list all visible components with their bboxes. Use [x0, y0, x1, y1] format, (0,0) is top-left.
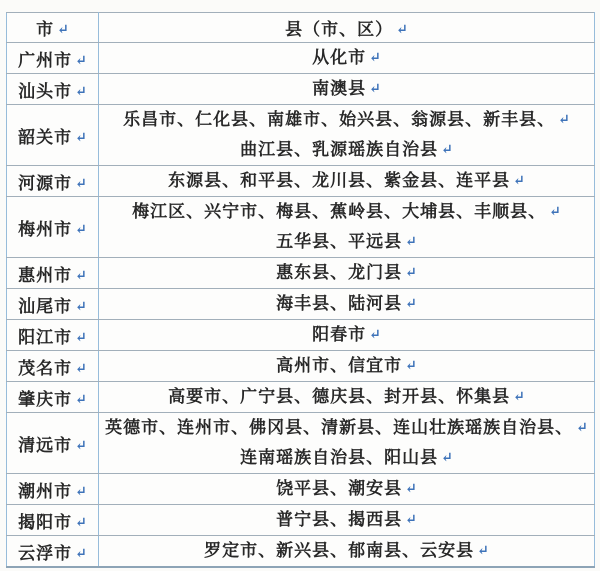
- counties-cell: 饶平县、潮安县↵: [99, 474, 595, 505]
- city-name: 茂名市: [18, 359, 72, 378]
- table-row: 潮州市↵饶平县、潮安县↵: [7, 474, 595, 505]
- table-row: 清远市↵英德市、连州市、佛冈县、清新县、连山壮族瑶族自治县、↵连南瑶族自治县、阳…: [7, 413, 595, 474]
- counties-text: 高州市、信宜市: [276, 356, 402, 375]
- paragraph-return-icon: ↵: [405, 359, 417, 374]
- counties-text: 普宁县、揭西县: [276, 510, 402, 529]
- counties-text: 罗定市、新兴县、郁南县、云安县: [204, 541, 474, 560]
- counties-cell: 惠东县、龙门县↵: [99, 258, 595, 289]
- paragraph-return-icon: ↵: [75, 177, 87, 192]
- city-name: 肇庆市: [18, 390, 72, 409]
- paragraph-return-icon: ↵: [405, 513, 417, 528]
- counties-text: 从化市: [312, 48, 366, 67]
- city-name: 河源市: [18, 174, 72, 193]
- counties-text: 梅江区、兴宁市、梅县、蕉岭县、大埔县、丰顺县、: [132, 202, 546, 221]
- city-cell: 梅州市↵: [7, 197, 99, 258]
- table-header-row: 市↵ 县（市、区）↵: [7, 13, 595, 43]
- paragraph-return-icon: ↵: [441, 143, 453, 158]
- city-name: 云浮市: [18, 544, 72, 563]
- table-body: 广州市↵从化市↵汕头市↵南澳县↵韶关市↵乐昌市、仁化县、南雄市、始兴县、翁源县、…: [7, 43, 595, 568]
- counties-cell: 从化市↵: [99, 43, 595, 74]
- paragraph-return-icon: ↵: [369, 51, 381, 66]
- city-name: 清远市: [18, 436, 72, 455]
- paragraph-return-icon: ↵: [75, 362, 87, 377]
- paragraph-return-icon: ↵: [576, 421, 588, 436]
- paragraph-return-icon: ↵: [369, 328, 381, 343]
- counties-text: 海丰县、陆河县: [276, 294, 402, 313]
- paragraph-return-icon: ↵: [75, 331, 87, 346]
- paragraph-return-icon: ↵: [549, 205, 561, 220]
- table-row: 阳江市↵阳春市↵: [7, 320, 595, 351]
- paragraph-return-icon: ↵: [75, 300, 87, 315]
- counties-text: 阳春市: [312, 325, 366, 344]
- city-cell: 清远市↵: [7, 413, 99, 474]
- counties-text: 南澳县: [312, 79, 366, 98]
- header-counties-label: 县（市、区）: [285, 20, 393, 39]
- city-name: 揭阳市: [18, 513, 72, 532]
- header-cell-city: 市↵: [7, 13, 99, 43]
- counties-text: 高要市、广宁县、德庆县、封开县、怀集县: [168, 387, 510, 406]
- city-county-table: 市↵ 县（市、区）↵ 广州市↵从化市↵汕头市↵南澳县↵韶关市↵乐昌市、仁化县、南…: [6, 12, 595, 568]
- counties-line: 饶平县、潮安县↵: [101, 474, 592, 504]
- counties-cell: 梅江区、兴宁市、梅县、蕉岭县、大埔县、丰顺县、↵五华县、平远县↵: [99, 197, 595, 258]
- city-cell: 揭阳市↵: [7, 505, 99, 536]
- counties-text: 惠东县、龙门县: [276, 263, 402, 282]
- counties-cell: 乐昌市、仁化县、南雄市、始兴县、翁源县、新丰县、↵曲江县、乳源瑶族自治县↵: [99, 105, 595, 166]
- table-row: 汕头市↵南澳县↵: [7, 74, 595, 105]
- paragraph-return-icon: ↵: [405, 482, 417, 497]
- city-name: 阳江市: [18, 328, 72, 347]
- paragraph-return-icon: ↵: [75, 223, 87, 238]
- paragraph-return-icon: ↵: [57, 23, 69, 38]
- counties-line: 梅江区、兴宁市、梅县、蕉岭县、大埔县、丰顺县、↵: [101, 197, 592, 227]
- counties-line: 高州市、信宜市↵: [101, 351, 592, 381]
- table-row: 茂名市↵高州市、信宜市↵: [7, 351, 595, 382]
- paragraph-return-icon: ↵: [396, 23, 408, 38]
- table-row: 汕尾市↵海丰县、陆河县↵: [7, 289, 595, 320]
- counties-line: 曲江县、乳源瑶族自治县↵: [101, 135, 592, 165]
- counties-cell: 高州市、信宜市↵: [99, 351, 595, 382]
- counties-line: 罗定市、新兴县、郁南县、云安县↵: [101, 536, 592, 566]
- paragraph-return-icon: ↵: [75, 54, 87, 69]
- counties-line: 普宁县、揭西县↵: [101, 505, 592, 535]
- counties-line: 连南瑶族自治县、阳山县↵: [101, 443, 592, 473]
- paragraph-return-icon: ↵: [405, 266, 417, 281]
- paragraph-return-icon: ↵: [513, 390, 525, 405]
- paragraph-return-icon: ↵: [75, 485, 87, 500]
- city-cell: 广州市↵: [7, 43, 99, 74]
- counties-line: 南澳县↵: [101, 74, 592, 104]
- table-row: 惠州市↵惠东县、龙门县↵: [7, 258, 595, 289]
- counties-cell: 东源县、和平县、龙川县、紫金县、连平县↵: [99, 166, 595, 197]
- document-page: 市↵ 县（市、区）↵ 广州市↵从化市↵汕头市↵南澳县↵韶关市↵乐昌市、仁化县、南…: [0, 0, 600, 571]
- paragraph-return-icon: ↵: [75, 547, 87, 562]
- city-name: 汕头市: [18, 82, 72, 101]
- city-name: 汕尾市: [18, 297, 72, 316]
- header-cell-counties: 县（市、区）↵: [99, 13, 595, 43]
- city-name: 广州市: [18, 51, 72, 70]
- counties-cell: 阳春市↵: [99, 320, 595, 351]
- city-cell: 汕尾市↵: [7, 289, 99, 320]
- city-cell: 云浮市↵: [7, 536, 99, 568]
- paragraph-return-icon: ↵: [441, 451, 453, 466]
- paragraph-return-icon: ↵: [513, 174, 525, 189]
- paragraph-return-icon: ↵: [75, 439, 87, 454]
- city-cell: 汕头市↵: [7, 74, 99, 105]
- city-cell: 惠州市↵: [7, 258, 99, 289]
- city-cell: 阳江市↵: [7, 320, 99, 351]
- city-cell: 河源市↵: [7, 166, 99, 197]
- table-row: 揭阳市↵普宁县、揭西县↵: [7, 505, 595, 536]
- counties-line: 乐昌市、仁化县、南雄市、始兴县、翁源县、新丰县、↵: [101, 105, 592, 135]
- paragraph-return-icon: ↵: [405, 235, 417, 250]
- table-row: 云浮市↵罗定市、新兴县、郁南县、云安县↵: [7, 536, 595, 568]
- counties-text: 曲江县、乳源瑶族自治县: [240, 140, 438, 159]
- counties-text: 英德市、连州市、佛冈县、清新县、连山壮族瑶族自治县、: [105, 418, 573, 437]
- table-row: 广州市↵从化市↵: [7, 43, 595, 74]
- counties-text: 饶平县、潮安县: [276, 479, 402, 498]
- paragraph-return-icon: ↵: [405, 297, 417, 312]
- city-name: 韶关市: [18, 128, 72, 147]
- counties-text: 东源县、和平县、龙川县、紫金县、连平县: [168, 171, 510, 190]
- city-cell: 潮州市↵: [7, 474, 99, 505]
- table-row: 河源市↵东源县、和平县、龙川县、紫金县、连平县↵: [7, 166, 595, 197]
- counties-text: 连南瑶族自治县、阳山县: [240, 448, 438, 467]
- paragraph-return-icon: ↵: [75, 131, 87, 146]
- paragraph-return-icon: ↵: [369, 82, 381, 97]
- counties-cell: 南澳县↵: [99, 74, 595, 105]
- city-cell: 肇庆市↵: [7, 382, 99, 413]
- paragraph-return-icon: ↵: [75, 85, 87, 100]
- paragraph-return-icon: ↵: [477, 544, 489, 559]
- counties-text: 乐昌市、仁化县、南雄市、始兴县、翁源县、新丰县、: [123, 110, 555, 129]
- counties-cell: 海丰县、陆河县↵: [99, 289, 595, 320]
- paragraph-return-icon: ↵: [75, 393, 87, 408]
- city-name: 梅州市: [18, 220, 72, 239]
- city-cell: 茂名市↵: [7, 351, 99, 382]
- counties-text: 五华县、平远县: [276, 232, 402, 251]
- counties-line: 海丰县、陆河县↵: [101, 289, 592, 319]
- city-name: 惠州市: [18, 266, 72, 285]
- counties-line: 阳春市↵: [101, 320, 592, 350]
- counties-cell: 普宁县、揭西县↵: [99, 505, 595, 536]
- counties-line: 东源县、和平县、龙川县、紫金县、连平县↵: [101, 166, 592, 196]
- paragraph-return-icon: ↵: [558, 113, 570, 128]
- counties-line: 从化市↵: [101, 43, 592, 73]
- counties-line: 五华县、平远县↵: [101, 227, 592, 257]
- counties-cell: 英德市、连州市、佛冈县、清新县、连山壮族瑶族自治县、↵连南瑶族自治县、阳山县↵: [99, 413, 595, 474]
- counties-line: 高要市、广宁县、德庆县、封开县、怀集县↵: [101, 382, 592, 412]
- counties-line: 英德市、连州市、佛冈县、清新县、连山壮族瑶族自治县、↵: [101, 413, 592, 443]
- header-city-label: 市: [36, 20, 54, 39]
- counties-cell: 罗定市、新兴县、郁南县、云安县↵: [99, 536, 595, 568]
- table-row: 肇庆市↵高要市、广宁县、德庆县、封开县、怀集县↵: [7, 382, 595, 413]
- city-cell: 韶关市↵: [7, 105, 99, 166]
- city-name: 潮州市: [18, 482, 72, 501]
- table-row: 梅州市↵梅江区、兴宁市、梅县、蕉岭县、大埔县、丰顺县、↵五华县、平远县↵: [7, 197, 595, 258]
- counties-cell: 高要市、广宁县、德庆县、封开县、怀集县↵: [99, 382, 595, 413]
- paragraph-return-icon: ↵: [75, 269, 87, 284]
- paragraph-return-icon: ↵: [75, 516, 87, 531]
- table-row: 韶关市↵乐昌市、仁化县、南雄市、始兴县、翁源县、新丰县、↵曲江县、乳源瑶族自治县…: [7, 105, 595, 166]
- counties-line: 惠东县、龙门县↵: [101, 258, 592, 288]
